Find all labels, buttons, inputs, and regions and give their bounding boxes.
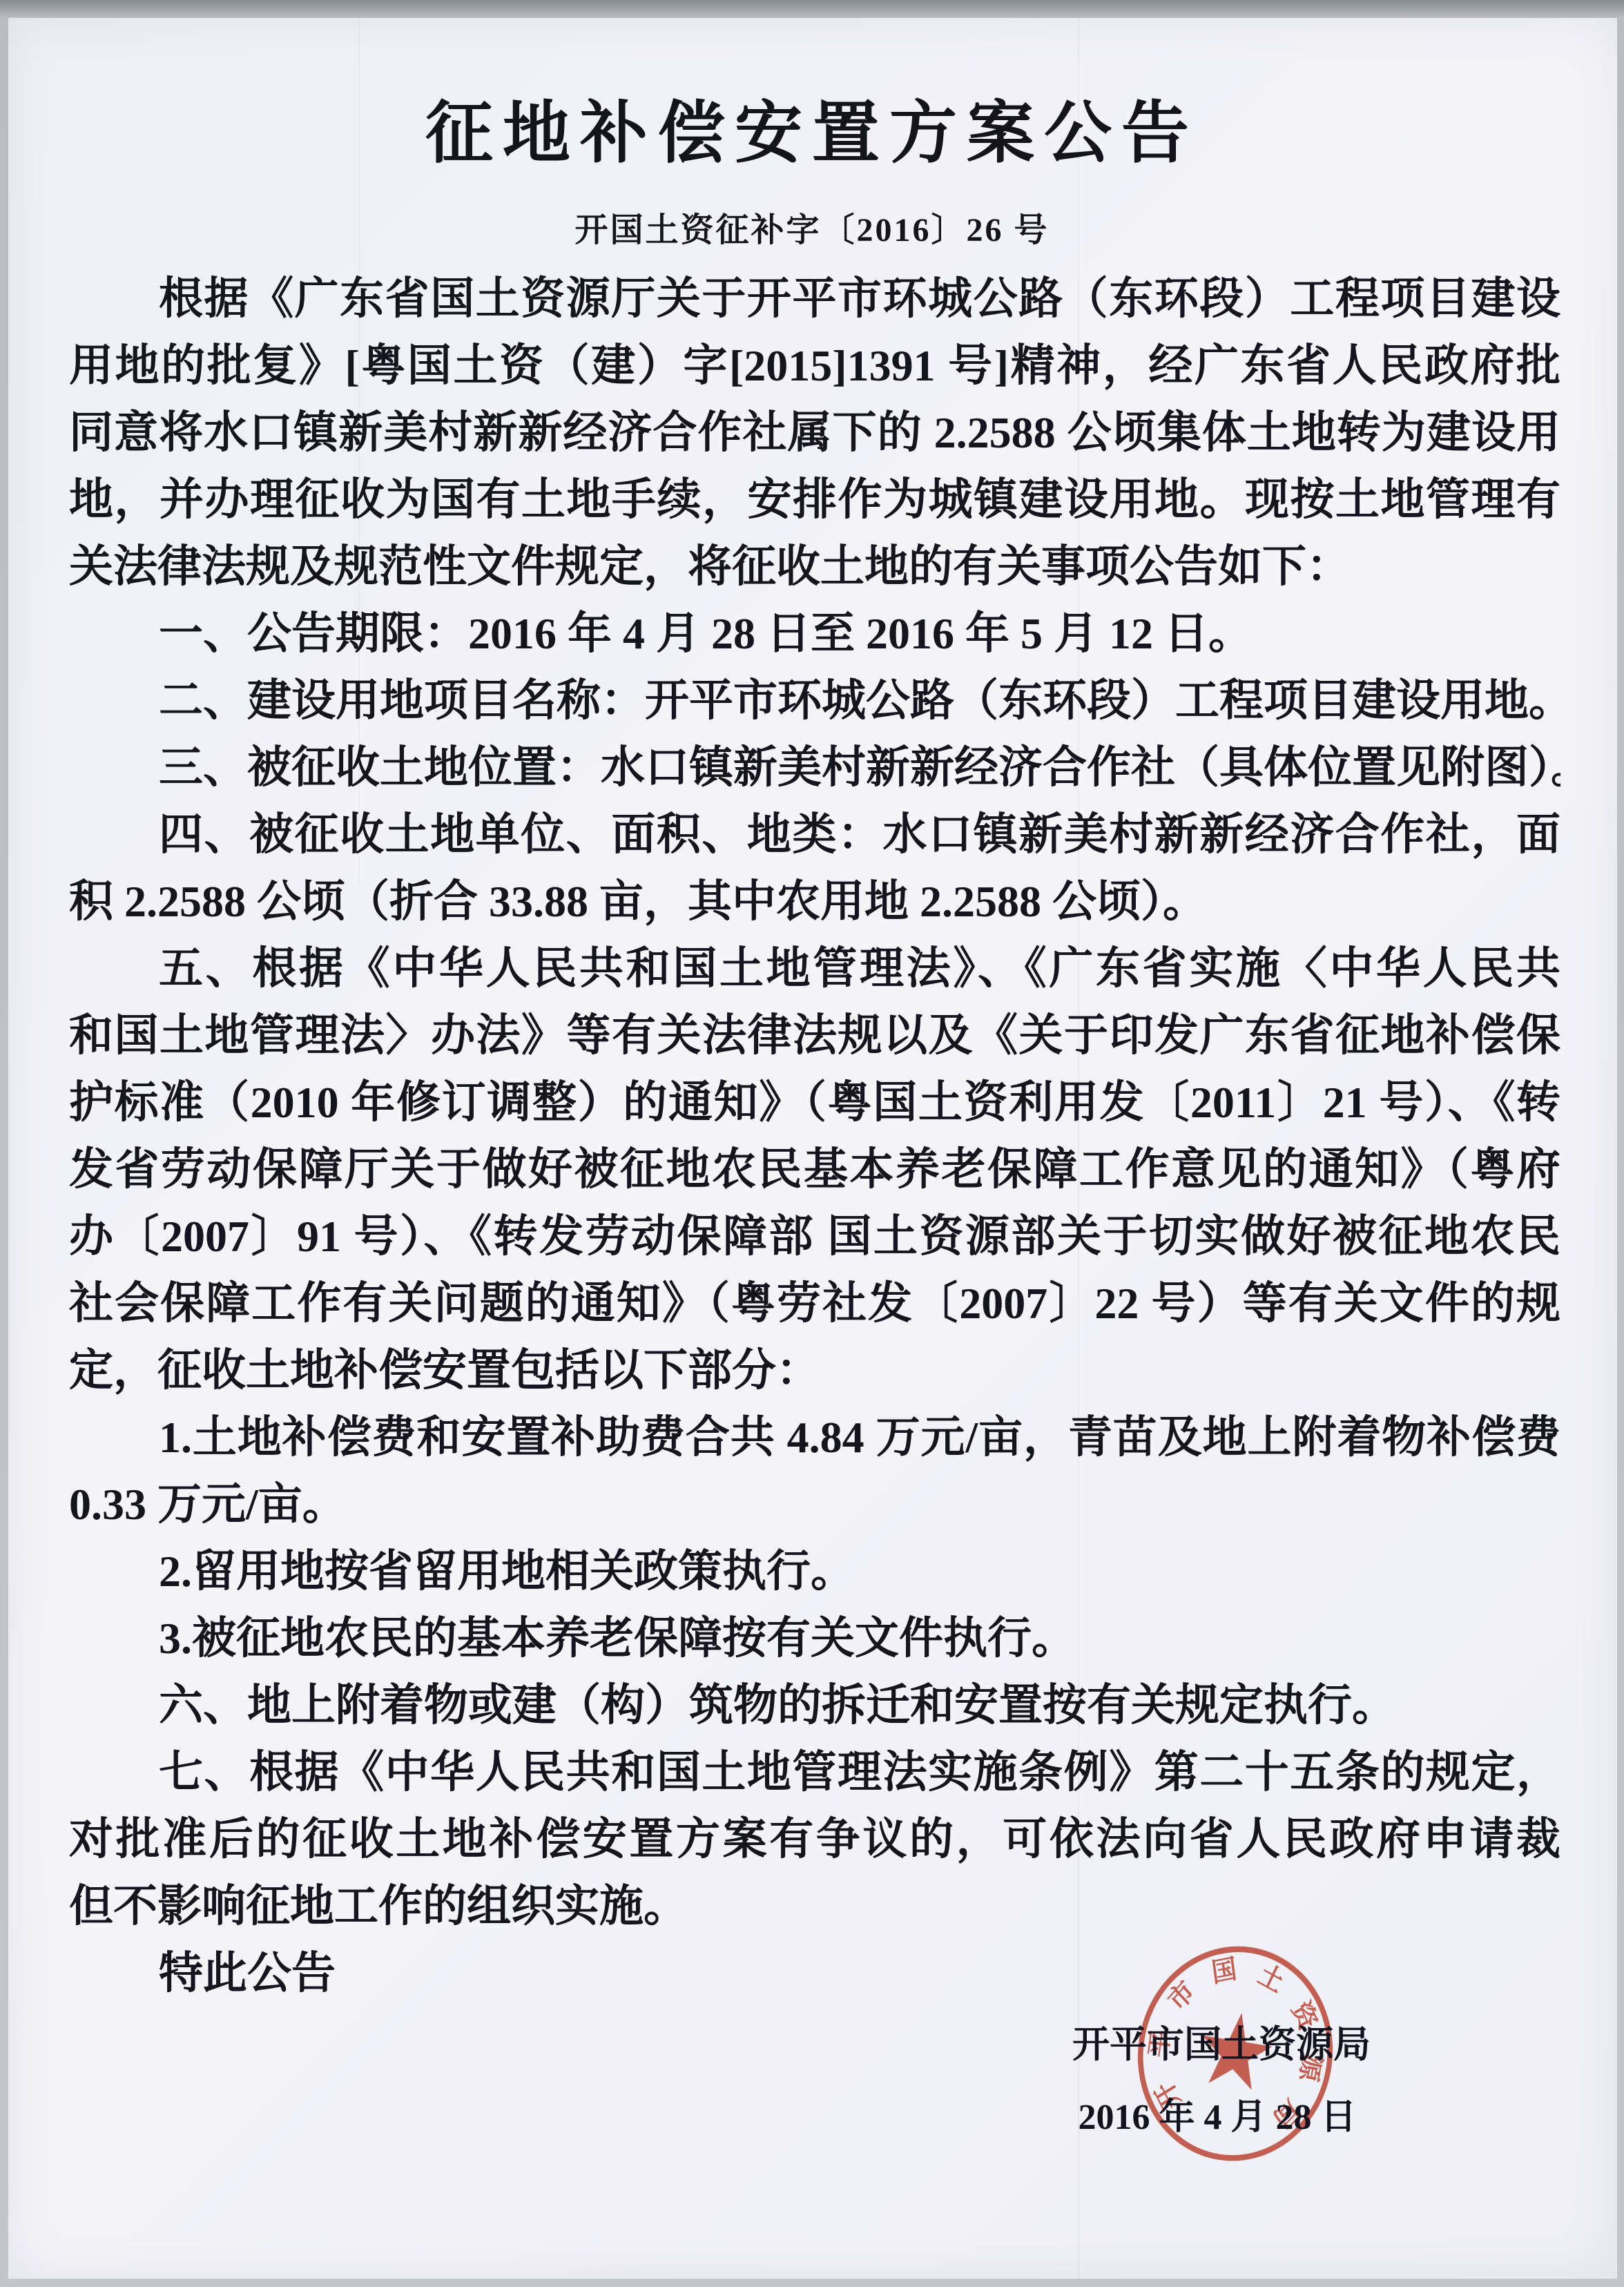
seal-ring-character: 国 xyxy=(1210,1954,1238,1989)
scanned-page: 征地补偿安置方案公告 开国土资征补字〔2016〕26 号 根据《广东省国土资源厅… xyxy=(0,0,1624,2287)
body-line: 护标准（2010 年修订调整）的通知》（粤国土资利用发〔2011〕21 号）、《… xyxy=(69,1069,1560,1136)
body-line: 积 2.2588 公顷（折合 33.88 亩，其中农用地 2.2588 公顷）。 xyxy=(69,868,1560,935)
document-body: 根据《广东省国土资源厅关于开平市环城公路（东环段）工程项目建设 用地的批复》[粤… xyxy=(69,265,1560,2007)
body-line: 但不影响征地工作的组织实施。 xyxy=(69,1873,1560,1940)
body-line: 六、地上附着物或建（构）筑物的拆迁和安置按有关规定执行。 xyxy=(69,1672,1560,1739)
body-line: 七、根据《中华人民共和国土地管理法实施条例》第二十五条的规定， xyxy=(69,1739,1560,1806)
body-line: 0.33 万元/亩。 xyxy=(69,1471,1560,1538)
body-line: 社会保障工作有关问题的通知》（粤劳社发〔2007〕22 号）等有关文件的规 xyxy=(69,1270,1560,1337)
body-line: 四、被征收土地单位、面积、地类：水口镇新美村新新经济合作社，面 xyxy=(69,801,1560,868)
body-line: 用地的批复》[粤国土资（建）字[2015]1391 号]精神，经广东省人民政府批… xyxy=(69,332,1560,399)
body-line: 三、被征收土地位置：水口镇新美村新新经济合作社（具体位置见附图）。 xyxy=(69,734,1560,801)
doc-number: 开国土资征补字〔2016〕26 号 xyxy=(0,209,1624,252)
signature-agency: 开平市国土资源局 xyxy=(1072,2020,1362,2069)
body-line: 根据《广东省国土资源厅关于开平市环城公路（东环段）工程项目建设 xyxy=(69,265,1560,332)
document-content: 征地补偿安置方案公告 开国土资征补字〔2016〕26 号 根据《广东省国土资源厅… xyxy=(0,0,1624,2287)
body-line: 3.被征地农民的基本养老保障按有关文件执行。 xyxy=(69,1605,1560,1672)
body-line: 2.留用地按省留用地相关政策执行。 xyxy=(69,1538,1560,1605)
body-line: 和国土地管理法〉办法》等有关法律法规以及《关于印发广东省征地补偿保 xyxy=(69,1002,1560,1069)
body-line: 办〔2007〕91 号）、《转发劳动保障部 国土资源部关于切实做好被征地农民 xyxy=(69,1203,1560,1270)
body-line: 地，并办理征收为国有土地手续，安排作为城镇建设用地。现按土地管理有 xyxy=(69,466,1560,533)
body-line: 同意将水口镇新美村新新经济合作社属下的 2.2588 公顷集体土地转为建设用 xyxy=(69,399,1560,466)
body-line: 一、公告期限：2016 年 4 月 28 日至 2016 年 5 月 12 日。 xyxy=(69,600,1560,667)
body-line: 二、建设用地项目名称：开平市环城公路（东环段）工程项目建设用地。 xyxy=(69,667,1560,734)
body-line: 关法律法规及规范性文件规定，将征收土地的有关事项公告如下： xyxy=(69,533,1560,600)
body-line: 定，征收土地补偿安置包括以下部分： xyxy=(69,1337,1560,1404)
signature-date: 2016 年 4 月 28 日 xyxy=(1072,2094,1362,2142)
body-line: 对批准后的征收土地补偿安置方案有争议的，可依法向省人民政府申请裁决， xyxy=(69,1806,1560,1873)
body-line: 五、根据《中华人民共和国土地管理法》、《广东省实施〈中华人民共 xyxy=(69,935,1560,1002)
body-line: 发省劳动保障厅关于做好被征地农民基本养老保障工作意见的通知》（粤府 xyxy=(69,1136,1560,1203)
body-line: 1.土地补偿费和安置补助费合共 4.84 万元/亩，青苗及地上附着物补偿费 xyxy=(69,1404,1560,1471)
page-title: 征地补偿安置方案公告 xyxy=(0,93,1624,175)
